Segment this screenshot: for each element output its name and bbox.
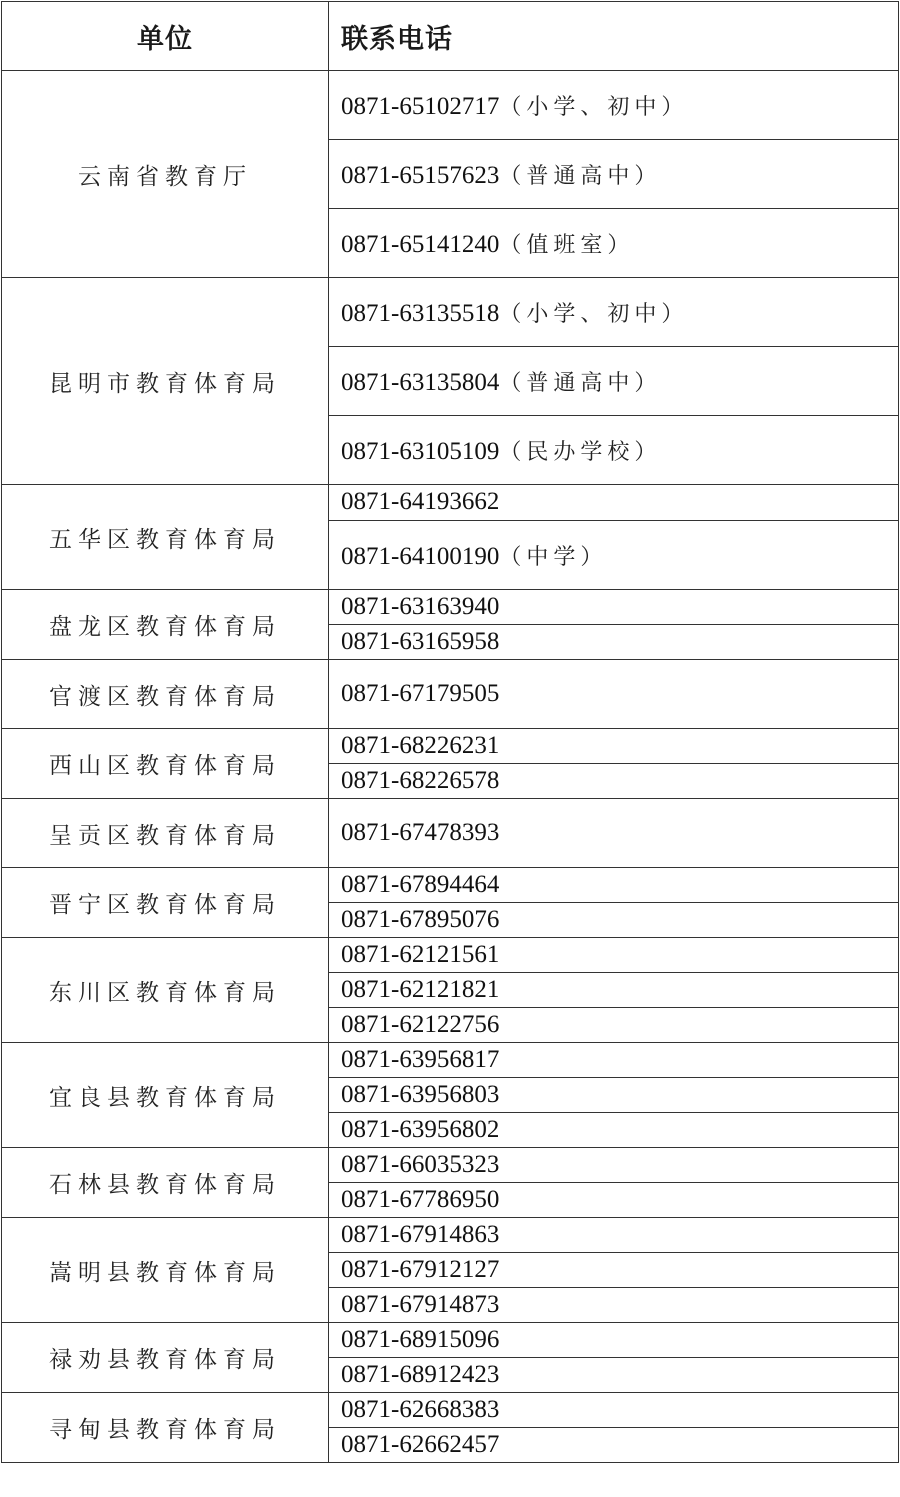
phone-number: 0871-63165958: [341, 628, 499, 655]
phone-cell: 0871-67894464: [329, 868, 899, 903]
phone-number: 0871-67786950: [341, 1186, 499, 1213]
table-row: 昆明市教育体育局 0871-63135518（小学、初中）: [2, 278, 899, 347]
phone-number: 0871-65157623: [341, 162, 499, 189]
unit-cell: 宜良县教育体育局: [2, 1043, 329, 1148]
table-row: 宜良县教育体育局 0871-63956817: [2, 1043, 899, 1078]
table-row: 呈贡区教育体育局 0871-67478393: [2, 799, 899, 868]
table-row: 西山区教育体育局 0871-68226231: [2, 729, 899, 764]
unit-cell: 寻甸县教育体育局: [2, 1393, 329, 1463]
phone-number: 0871-68226231: [341, 732, 499, 759]
table-row: 盘龙区教育体育局 0871-63163940: [2, 590, 899, 625]
phone-note: （小学、初中）: [499, 95, 688, 120]
phone-cell: 0871-62121561: [329, 938, 899, 973]
phone-note: （普通高中）: [499, 164, 661, 189]
phone-cell: 0871-67179505: [329, 660, 899, 729]
phone-number: 0871-67179505: [341, 680, 499, 707]
header-row: 单位 联系电话: [2, 2, 899, 71]
phone-cell: 0871-65102717（小学、初中）: [329, 71, 899, 140]
table-row: 云南省教育厅 0871-65102717（小学、初中）: [2, 71, 899, 140]
phone-cell: 0871-64193662: [329, 485, 899, 521]
phone-number: 0871-66035323: [341, 1151, 499, 1178]
phone-number: 0871-63956817: [341, 1046, 499, 1073]
unit-cell: 西山区教育体育局: [2, 729, 329, 799]
phone-cell: 0871-63105109（民办学校）: [329, 416, 899, 485]
phone-cell: 0871-67914863: [329, 1218, 899, 1253]
unit-cell: 五华区教育体育局: [2, 485, 329, 590]
unit-cell: 呈贡区教育体育局: [2, 799, 329, 868]
phone-number: 0871-67894464: [341, 871, 499, 898]
unit-cell: 昆明市教育体育局: [2, 278, 329, 485]
unit-cell: 嵩明县教育体育局: [2, 1218, 329, 1323]
phone-note: （民办学校）: [499, 440, 661, 465]
phone-number: 0871-65102717: [341, 93, 499, 120]
phone-cell: 0871-67912127: [329, 1253, 899, 1288]
phone-cell: 0871-67895076: [329, 903, 899, 938]
phone-number: 0871-64100190: [341, 543, 499, 570]
phone-number: 0871-63956802: [341, 1116, 499, 1143]
unit-cell: 官渡区教育体育局: [2, 660, 329, 729]
phone-cell: 0871-66035323: [329, 1148, 899, 1183]
phone-number: 0871-64193662: [341, 488, 499, 515]
table-row: 石林县教育体育局 0871-66035323: [2, 1148, 899, 1183]
phone-cell: 0871-63956803: [329, 1078, 899, 1113]
phone-note: （小学、初中）: [499, 302, 688, 327]
phone-cell: 0871-68226578: [329, 764, 899, 799]
phone-note: （普通高中）: [499, 371, 661, 396]
phone-number: 0871-62662457: [341, 1431, 499, 1458]
phone-cell: 0871-68226231: [329, 729, 899, 764]
phone-number: 0871-63163940: [341, 593, 499, 620]
phone-cell: 0871-64100190（中学）: [329, 521, 899, 590]
phone-cell: 0871-62668383: [329, 1393, 899, 1428]
phone-number: 0871-68915096: [341, 1326, 499, 1353]
phone-cell: 0871-63956802: [329, 1113, 899, 1148]
table-row: 嵩明县教育体育局 0871-67914863: [2, 1218, 899, 1253]
phone-cell: 0871-62122756: [329, 1008, 899, 1043]
phone-number: 0871-62121561: [341, 941, 499, 968]
phone-cell: 0871-62121821: [329, 973, 899, 1008]
header-unit: 单位: [2, 2, 329, 71]
phone-number: 0871-62122756: [341, 1011, 499, 1038]
phone-number: 0871-67914863: [341, 1221, 499, 1248]
table-row: 官渡区教育体育局 0871-67179505: [2, 660, 899, 729]
table-row: 禄劝县教育体育局 0871-68915096: [2, 1323, 899, 1358]
phone-number: 0871-67895076: [341, 906, 499, 933]
phone-cell: 0871-68912423: [329, 1358, 899, 1393]
phone-cell: 0871-65141240（值班室）: [329, 209, 899, 278]
phone-number: 0871-68912423: [341, 1361, 499, 1388]
phone-cell: 0871-63956817: [329, 1043, 899, 1078]
phone-number: 0871-67478393: [341, 819, 499, 846]
table-row: 寻甸县教育体育局 0871-62668383: [2, 1393, 899, 1428]
unit-cell: 石林县教育体育局: [2, 1148, 329, 1218]
phone-cell: 0871-65157623（普通高中）: [329, 140, 899, 209]
unit-cell: 盘龙区教育体育局: [2, 590, 329, 660]
phone-number: 0871-62668383: [341, 1396, 499, 1423]
phone-number: 0871-67912127: [341, 1256, 499, 1283]
phone-cell: 0871-63165958: [329, 625, 899, 660]
phone-cell: 0871-67478393: [329, 799, 899, 868]
phone-number: 0871-68226578: [341, 767, 499, 794]
phone-number: 0871-63135518: [341, 300, 499, 327]
unit-cell: 禄劝县教育体育局: [2, 1323, 329, 1393]
phone-note: （中学）: [499, 545, 607, 570]
table-row: 东川区教育体育局 0871-62121561: [2, 938, 899, 973]
phone-cell: 0871-67914873: [329, 1288, 899, 1323]
phone-number: 0871-63135804: [341, 369, 499, 396]
phone-number: 0871-67914873: [341, 1291, 499, 1318]
contact-table: 单位 联系电话 云南省教育厅 0871-65102717（小学、初中） 0871…: [1, 1, 899, 1463]
table-row: 晋宁区教育体育局 0871-67894464: [2, 868, 899, 903]
phone-number: 0871-65141240: [341, 231, 499, 258]
header-phone: 联系电话: [329, 2, 899, 71]
phone-number: 0871-63956803: [341, 1081, 499, 1108]
unit-cell: 云南省教育厅: [2, 71, 329, 278]
phone-note: （值班室）: [499, 233, 634, 258]
phone-number: 0871-62121821: [341, 976, 499, 1003]
phone-cell: 0871-63163940: [329, 590, 899, 625]
phone-cell: 0871-62662457: [329, 1428, 899, 1463]
phone-cell: 0871-68915096: [329, 1323, 899, 1358]
unit-cell: 晋宁区教育体育局: [2, 868, 329, 938]
unit-cell: 东川区教育体育局: [2, 938, 329, 1043]
phone-cell: 0871-67786950: [329, 1183, 899, 1218]
phone-cell: 0871-63135804（普通高中）: [329, 347, 899, 416]
phone-cell: 0871-63135518（小学、初中）: [329, 278, 899, 347]
table-row: 五华区教育体育局 0871-64193662: [2, 485, 899, 521]
phone-number: 0871-63105109: [341, 438, 499, 465]
